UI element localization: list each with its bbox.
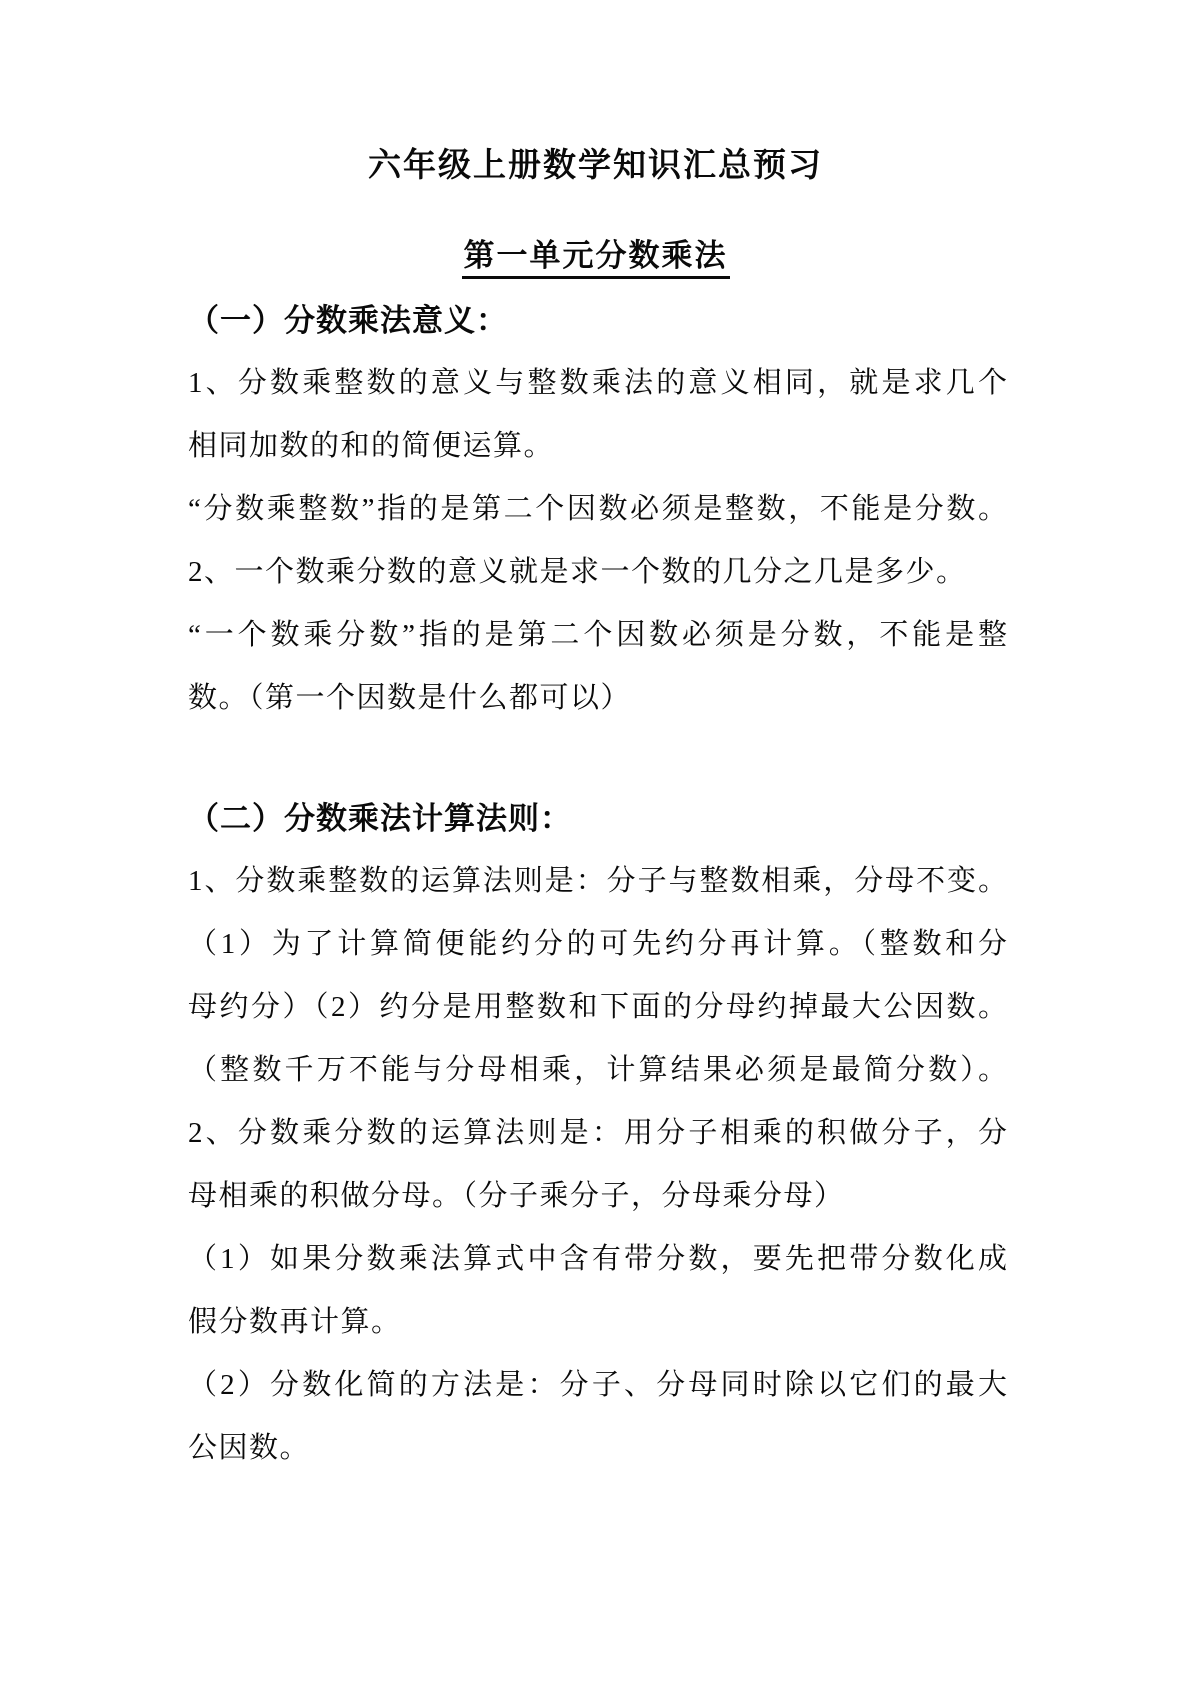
text-line: 公因数。 (188, 1417, 1008, 1480)
text-line: 相同加数的和的简便运算。 (188, 415, 1008, 478)
text-line: （1）如果分数乘法算式中含有带分数，要先把带分数化成 (188, 1228, 1008, 1291)
text-line: （整数千万不能与分母相乘，计算结果必须是最简分数）。 (188, 1039, 1008, 1102)
text-line: 母相乘的积做分母。（分子乘分子，分母乘分母） (188, 1165, 1008, 1228)
text-line: （1）为了计算简便能约分的可先约分再计算。（整数和分 (188, 913, 1008, 976)
section-spacer (188, 730, 1008, 787)
text-line: 母约分）（2）约分是用整数和下面的分母约掉最大公因数。 (188, 976, 1008, 1039)
text-line: “分数乘整数”指的是第二个因数必须是整数，不能是分数。 (188, 478, 1008, 541)
unit-heading-row: 第一单元分数乘法 (0, 238, 1191, 279)
document-body: （一）分数乘法意义： 1、分数乘整数的意义与整数乘法的意义相同，就是求几个 相同… (188, 289, 1008, 1480)
text-line: 1、分数乘整数的运算法则是：分子与整数相乘，分母不变。 (188, 850, 1008, 913)
section-1-heading: （一）分数乘法意义： (188, 289, 1008, 352)
text-line: 数。（第一个因数是什么都可以） (188, 667, 1008, 730)
section-2-heading: （二）分数乘法计算法则： (188, 787, 1008, 850)
text-line: 假分数再计算。 (188, 1291, 1008, 1354)
text-line: 2、分数乘分数的运算法则是：用分子相乘的积做分子，分 (188, 1102, 1008, 1165)
text-line: “一个数乘分数”指的是第二个因数必须是分数，不能是整 (188, 604, 1008, 667)
text-line: 1、分数乘整数的意义与整数乘法的意义相同，就是求几个 (188, 352, 1008, 415)
text-line: 2、一个数乘分数的意义就是求一个数的几分之几是多少。 (188, 541, 1008, 604)
document-page: 六年级上册数学知识汇总预习 第一单元分数乘法 （一）分数乘法意义： 1、分数乘整… (0, 0, 1191, 1684)
unit-heading: 第一单元分数乘法 (462, 238, 730, 279)
document-title: 六年级上册数学知识汇总预习 (0, 146, 1191, 186)
text-line: （2）分数化简的方法是：分子、分母同时除以它们的最大 (188, 1354, 1008, 1417)
